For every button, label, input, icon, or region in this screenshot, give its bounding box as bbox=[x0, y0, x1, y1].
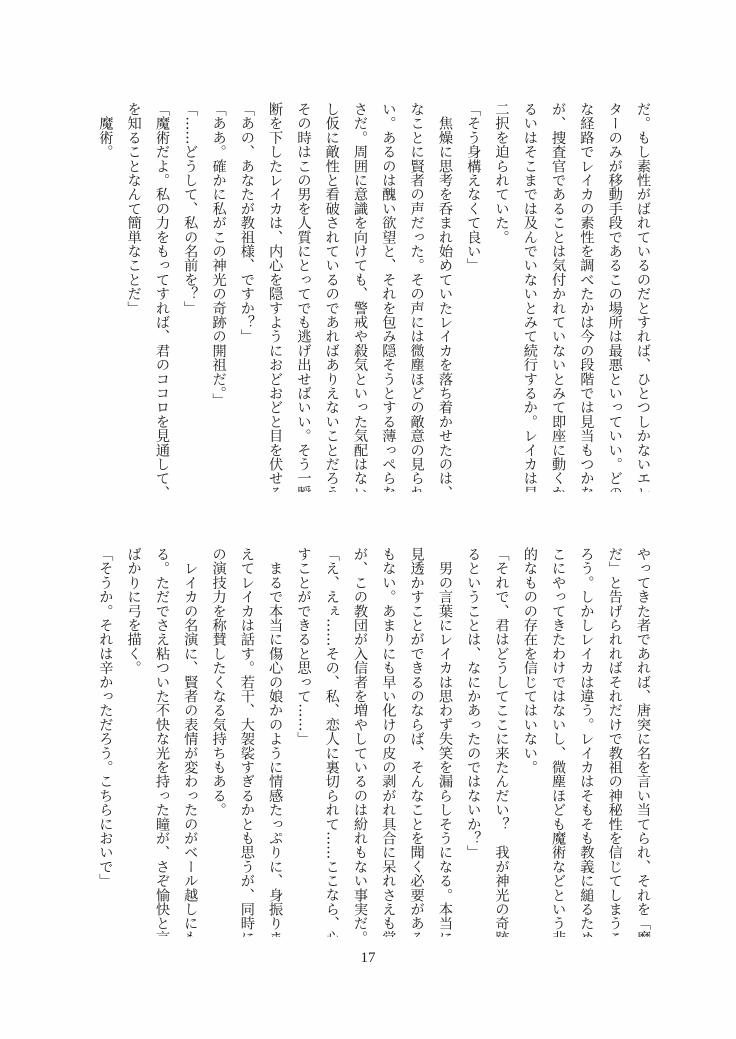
text-line: 「あの、あなたが教祖様、ですか？」 bbox=[233, 102, 261, 492]
text-line: が、この教団が入信者を増やしているのは紛れもない事実だ。 bbox=[346, 547, 374, 937]
page-number: 17 bbox=[0, 950, 736, 967]
text-line: るいはそこまでは及んでいないとみて続行するか。レイカは早々に bbox=[516, 102, 544, 492]
text-line: レイカの名演に、賢者の表情が変わったのがベール越しにもわか bbox=[176, 547, 204, 937]
text-line: 魔術。 bbox=[97, 102, 119, 492]
text-line: い。あるのは醜い欲望と、それを包み隠そうとする薄っぺらな優し bbox=[374, 102, 402, 492]
text-line: こにやってきたわけではないし、微塵ほども魔術などという非科学 bbox=[544, 547, 572, 937]
text-line: やってきた者であれば、唐突に名を言い当てられ、それを「魔術 bbox=[629, 547, 657, 937]
text-line: 二択を迫られていた。 bbox=[487, 102, 515, 492]
text-line: る。ただでさえ粘ついた不快な光を持った瞳が、さぞ愉快と言わん bbox=[148, 547, 176, 937]
text-line: 「ああ。確かに私がこの神光の奇跡の開祖だ。」 bbox=[204, 102, 232, 492]
text-line: まるで本当に傷心の娘かのように情感たっぷりに、身振りまで加 bbox=[261, 547, 289, 937]
text-line: 「それで、君はどうしてここに来たんだい？ 我が神光の奇跡に頼 bbox=[487, 547, 515, 937]
upper-text-block: だ。もし素性がばれているのだとすれば、ひとつしかないエレベーターのみが移動手段で… bbox=[97, 102, 657, 492]
text-line: 的なものの存在を信じてはいない。 bbox=[516, 547, 544, 937]
text-line: るということは、なにかあったのではないか？」 bbox=[459, 547, 487, 937]
text-line: えてレイカは話す。若干、大袈裟すぎるかとも思うが、同時に自分 bbox=[233, 547, 261, 937]
text-line: な経路でレイカの素性を調べたかは今の段階では見当もつかない bbox=[572, 102, 600, 492]
text-line: 見透かすことができるのならば、そんなことを聞く必要があるはず bbox=[402, 547, 430, 937]
text-line: だ」と告げられればそれだけで教祖の神秘性を信じてしまうことだ bbox=[600, 547, 628, 937]
text-line: 「そう身構えなくて良い」 bbox=[459, 102, 487, 492]
text-line: 男の言葉にレイカは思わず失笑を漏らしそうになる。本当に心を bbox=[431, 547, 459, 937]
text-line: を知ることなんて簡単なことだ」 bbox=[119, 102, 147, 492]
text-line: が、捜査官であることは気付かれていないとみて即座に動くか、あ bbox=[544, 102, 572, 492]
text-line: ばかりに弓を描く。 bbox=[119, 547, 147, 937]
text-line: の演技力を称賛したくなる気持ちもある。 bbox=[204, 547, 232, 937]
text-line: その時はこの男を人質にとってでも逃げ出せばいい。そう一瞬で判 bbox=[289, 102, 317, 492]
text-line: 「……どうして、私の名前を？」 bbox=[176, 102, 204, 492]
text-line: もない。あまりにも早い化けの皮の剥がれ具合に呆れさえも覚える bbox=[374, 547, 402, 937]
book-page: だ。もし素性がばれているのだとすれば、ひとつしかないエレベーターのみが移動手段で… bbox=[0, 0, 736, 1039]
text-line: し仮に敵性と看破されているのであればありえないことだろうし、 bbox=[317, 102, 345, 492]
text-line: ろう。しかしレイカは違う。レイカはそもそも教義に縋るためにこ bbox=[572, 547, 600, 937]
text-line: 焦燥に思考を呑まれ始めていたレイカを落ち着かせたのは、皮肉 bbox=[431, 102, 459, 492]
text-line: なことに賢者の声だった。その声には微塵ほどの敵意の見られな bbox=[402, 102, 430, 492]
lower-text-block: やってきた者であれば、唐突に名を言い当てられ、それを「魔術だ」と告げられればそれ… bbox=[97, 547, 657, 937]
text-line: 「え、えぇ……その、私、恋人に裏切られて……ここなら、心を癒 bbox=[317, 547, 345, 937]
text-line: さだ。周囲に意識を向けても、警戒や殺気といった気配はない。も bbox=[346, 102, 374, 492]
text-line: 「そうか。それは辛かっただろう。こちらにおいで」 bbox=[97, 547, 119, 937]
text-line: ターのみが移動手段であるこの場所は最悪といっていい。どのよう bbox=[600, 102, 628, 492]
text-line: だ。もし素性がばれているのだとすれば、ひとつしかないエレベー bbox=[629, 102, 657, 492]
text-line: すことができると思って……」 bbox=[289, 547, 317, 937]
text-line: 「魔術だよ。私の力をもってすれば、君のココロを見通して、名前 bbox=[148, 102, 176, 492]
text-line: 断を下したレイカは、内心を隠すようにおどおどと目を伏せる。 bbox=[261, 102, 289, 492]
